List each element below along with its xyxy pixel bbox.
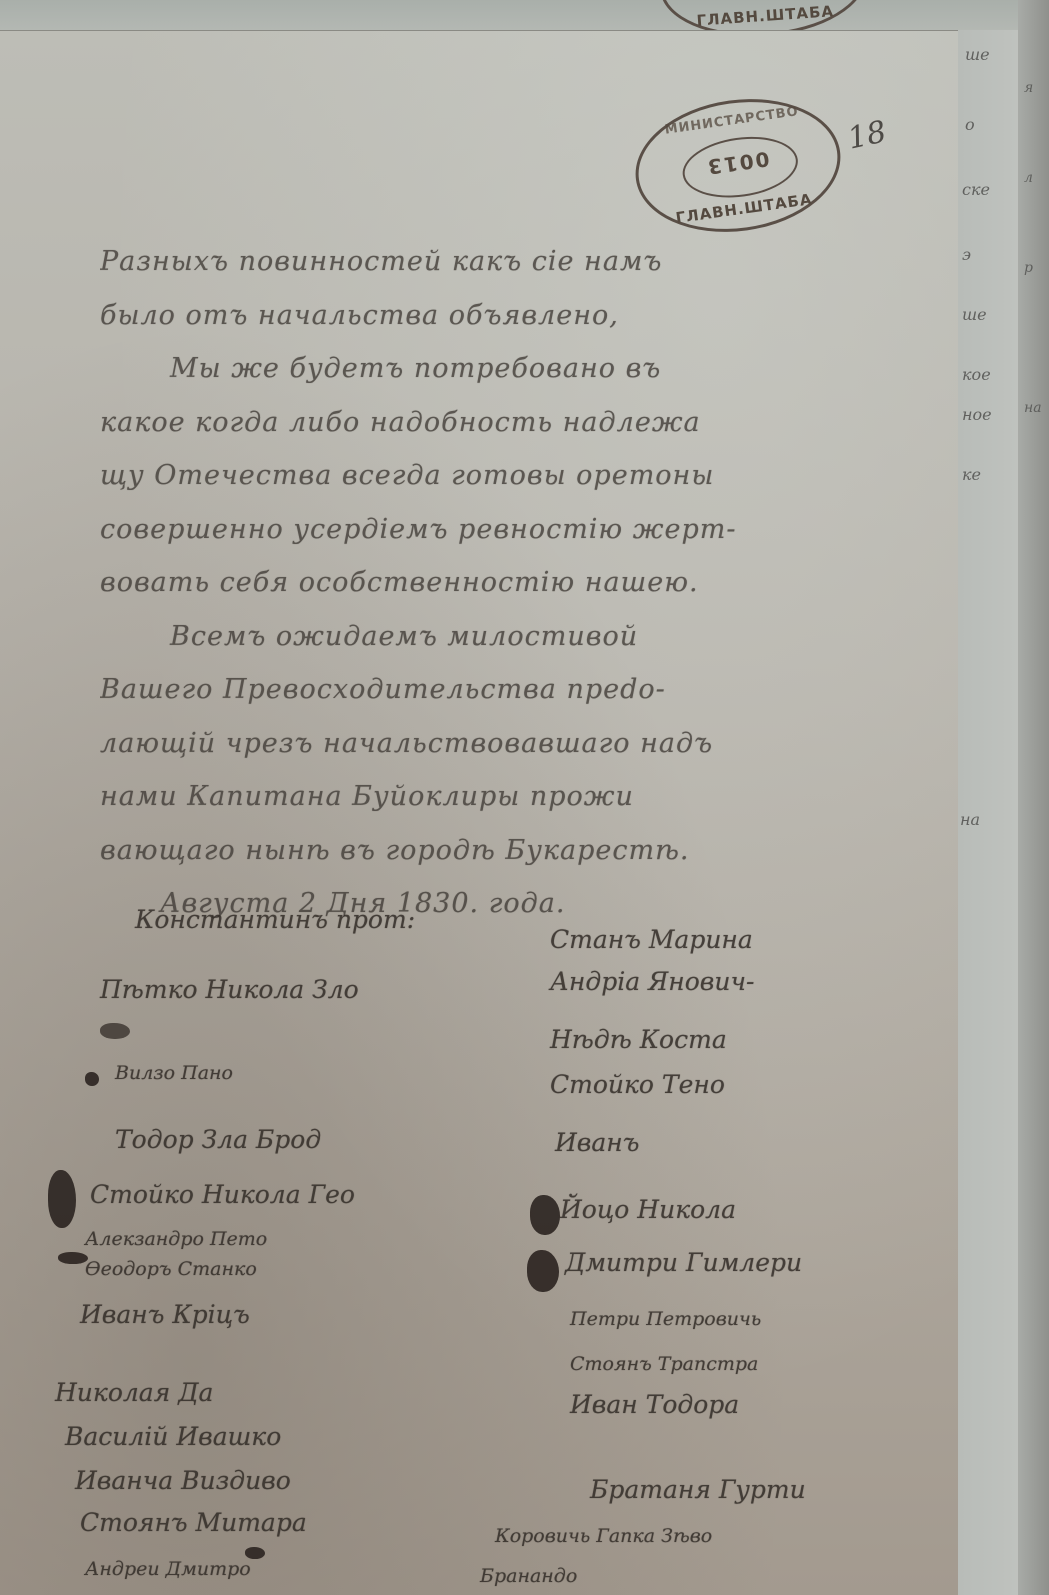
signature-right: Нѣдѣ Коста xyxy=(550,1025,727,1054)
signature-left: Константинъ прот: xyxy=(135,905,415,934)
body-line: Вашего Превосходительства преdo- xyxy=(100,663,940,717)
signature-left: Стойко Никола Гео xyxy=(90,1180,355,1209)
signature-right: Коровичь Гапка Зѣво xyxy=(495,1525,712,1547)
body-line: совершенно усердiемъ ревностiю жерт- xyxy=(100,503,940,557)
signature-right: Андрiа Янович- xyxy=(550,967,754,996)
signature-right: Станъ Марина xyxy=(550,925,753,954)
ink-mark xyxy=(58,1252,88,1264)
adjacent-page-strip-far xyxy=(1018,0,1049,1595)
document-photo: ГЛАВН.ШТАБА ше о ске э ше кое ное ке на … xyxy=(0,0,1049,1595)
signature-left: Алекзандро Пето xyxy=(85,1228,267,1250)
signature-left: Пѣтко Никола Зло xyxy=(100,975,359,1004)
ink-mark xyxy=(527,1250,559,1292)
signature-left: Тодор Зла Брод xyxy=(115,1125,321,1154)
signature-right: Йоцо Никола xyxy=(560,1195,736,1224)
margin-mark-far: р xyxy=(1024,260,1033,276)
margin-mark-far: л xyxy=(1024,170,1033,186)
margin-mark: на xyxy=(960,810,980,829)
body-line: Всемъ ожидаемъ милостивой xyxy=(100,610,940,664)
margin-mark: ше xyxy=(962,305,987,324)
signature-left: Ѳеодоръ Станко xyxy=(85,1258,257,1280)
signature-left: Василiй Ивашко xyxy=(65,1422,281,1451)
signature-right: Стойко Тено xyxy=(550,1070,725,1099)
signature-right: Стоянъ Трапстра xyxy=(570,1353,758,1375)
margin-mark: ске xyxy=(962,180,990,199)
signature-right: Иванъ xyxy=(555,1128,639,1157)
margin-mark-far: я xyxy=(1024,80,1033,96)
signature-right: Дмитри Гимлери xyxy=(565,1248,802,1277)
signature-right: Бранандо xyxy=(480,1565,577,1587)
ink-mark xyxy=(530,1195,560,1235)
signature-left: Стоянъ Митара xyxy=(80,1508,307,1537)
margin-mark: о xyxy=(965,115,975,134)
body-line: щу Отечества всегда готовы оретоны xyxy=(100,449,940,503)
margin-mark: э xyxy=(962,245,971,264)
margin-mark-far: на xyxy=(1024,400,1042,416)
body-line: Разныхъ повинностей какъ сiе намъ xyxy=(100,235,940,289)
ink-mark xyxy=(48,1170,76,1228)
document-body: Разныхъ повинностей какъ сiе намъ было о… xyxy=(100,235,940,931)
signature-right: Петри Петровичь xyxy=(570,1308,761,1330)
signature-left: Вилзо Пано xyxy=(115,1062,233,1084)
signature-right: Иван Тодора xyxy=(570,1390,739,1419)
body-line: нами Капитана Буйоклиры прожи xyxy=(100,770,940,824)
ink-mark xyxy=(85,1072,99,1086)
signature-left: Николая Да xyxy=(55,1378,213,1407)
margin-mark: ше xyxy=(965,45,990,64)
margin-mark: кое xyxy=(962,365,991,384)
body-line: вовать себя особственностiю нашею. xyxy=(100,556,940,610)
margin-mark: ное xyxy=(962,405,992,424)
body-line: какое когда либо надобность надлежа xyxy=(100,396,940,450)
signature-right: Братаня Гурти xyxy=(590,1475,806,1504)
signature-left: Иванча Виздиво xyxy=(75,1466,291,1495)
body-line: вающаго нынѣ въ городѣ Букарестѣ. xyxy=(100,824,940,878)
body-line: лающiй чрезъ начальствовавшаго надъ xyxy=(100,717,940,771)
signature-left: Андреи Дмитро xyxy=(85,1558,251,1580)
ink-mark xyxy=(100,1023,130,1039)
signature-left: Иванъ Крiцъ xyxy=(80,1300,250,1329)
body-line: было отъ начальства объявлено, xyxy=(100,289,940,343)
margin-mark: ке xyxy=(962,465,981,484)
body-line: Мы же будетъ потребовано въ xyxy=(100,342,940,396)
